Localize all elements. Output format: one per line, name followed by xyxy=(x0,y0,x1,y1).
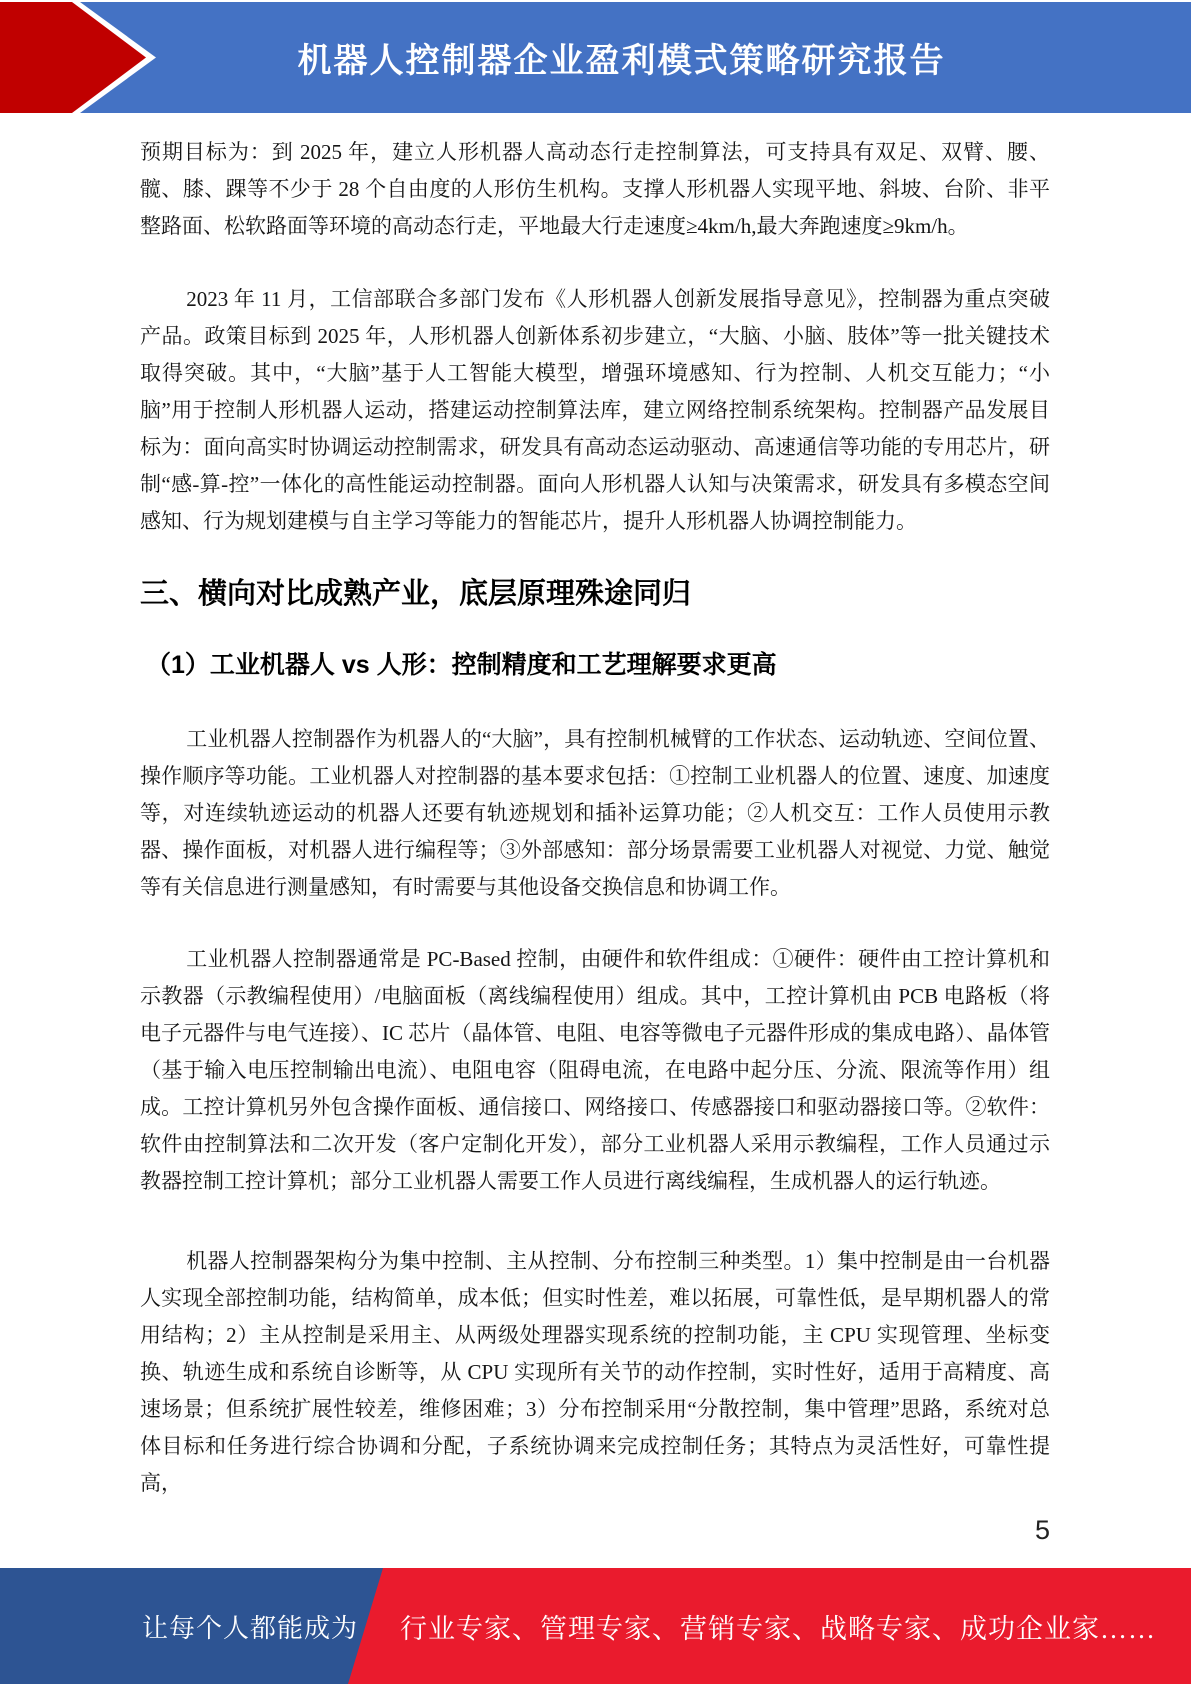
report-page: 机器人控制器企业盈利模式策略研究报告 预期目标为：到 2025 年，建立人形机器… xyxy=(0,0,1191,1684)
page-header-banner: 机器人控制器企业盈利模式策略研究报告 xyxy=(0,2,1191,113)
page-footer: 让每个人都能成为 行业专家、管理专家、营销专家、战略专家、成功企业家…… xyxy=(0,1568,1191,1684)
section-heading-three: 三、横向对比成熟产业，底层原理殊途同归 xyxy=(140,573,1050,615)
report-title: 机器人控制器企业盈利模式策略研究报告 xyxy=(0,2,1191,113)
paragraph-pc-based-control: 工业机器人控制器通常是 PC-Based 控制，由硬件和软件组成：①硬件：硬件由… xyxy=(140,941,1050,1200)
paragraph-policy-2023: 2023 年 11 月，工信部联合多部门发布《人形机器人创新发展指导意见》，控制… xyxy=(140,281,1050,540)
paragraph-goal-2025: 预期目标为：到 2025 年，建立人形机器人高动态行走控制算法，可支持具有双足、… xyxy=(140,134,1050,245)
paragraph-architecture-types: 机器人控制器架构分为集中控制、主从控制、分布控制三种类型。1）集中控制是由一台机… xyxy=(140,1243,1050,1502)
footer-slogan-left: 让每个人都能成为 xyxy=(142,1568,358,1684)
page-body: 预期目标为：到 2025 年，建立人形机器人高动态行走控制算法，可支持具有双足、… xyxy=(140,113,1050,1546)
subsection-heading-industrial-vs-humanoid: （1）工业机器人 vs 人形：控制精度和工艺理解要求更高 xyxy=(140,645,1050,685)
page-number: 5 xyxy=(140,1515,1050,1546)
paragraph-industrial-controller-brain: 工业机器人控制器作为机器人的“大脑”，具有控制机械臂的工作状态、运动轨迹、空间位… xyxy=(140,721,1050,906)
footer-slogan-right: 行业专家、管理专家、营销专家、战略专家、成功企业家…… xyxy=(400,1568,1156,1684)
